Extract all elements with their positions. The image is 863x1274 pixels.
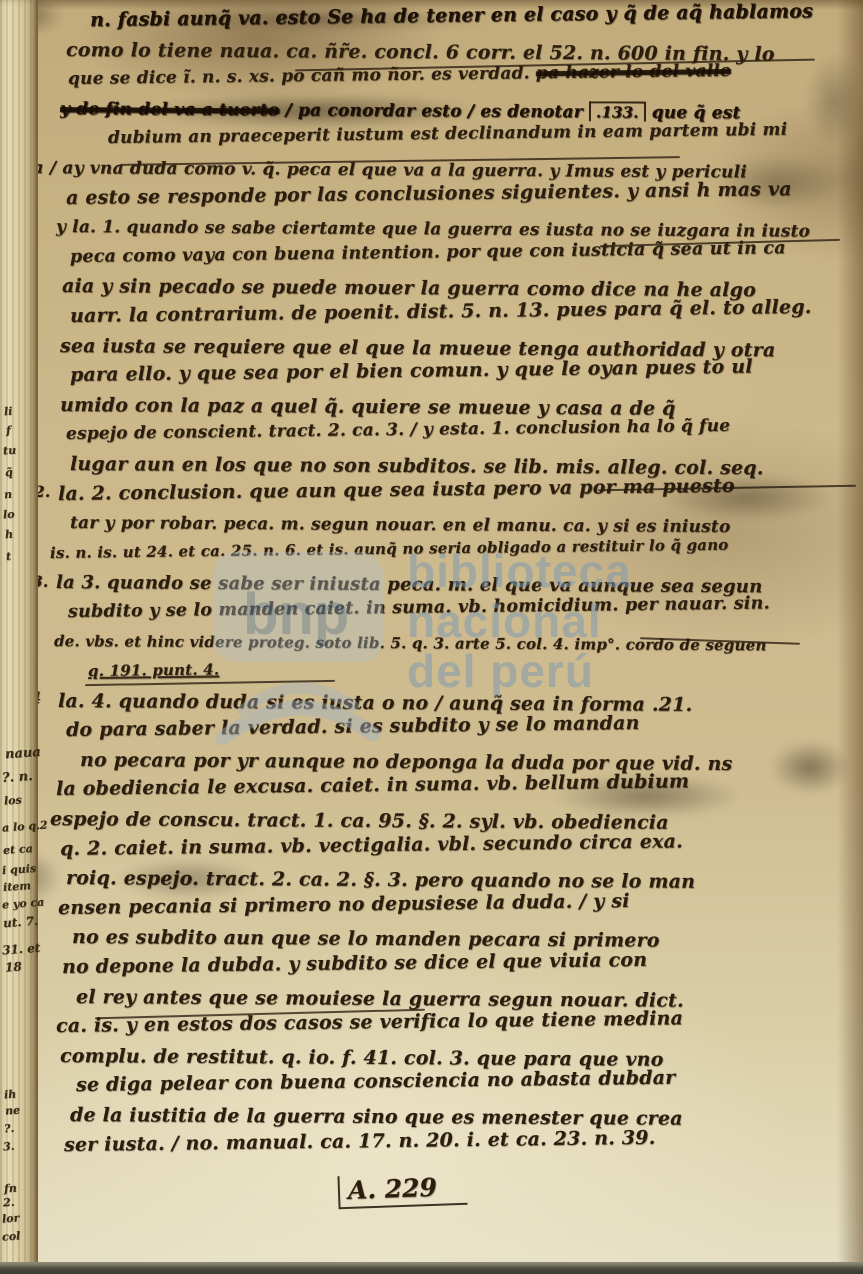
gutter-note: 31. et	[2, 941, 41, 958]
gutter-note: naua	[5, 745, 42, 762]
line-text: se diga pelear con buena consciencia no …	[76, 1067, 676, 1096]
manuscript-page-scan: n. fasbi aunq̃ va. esto Se ha de tener e…	[0, 0, 863, 1274]
gutter-note: h	[5, 528, 14, 542]
line-text: para ello. y que sea por el bien comun. …	[70, 356, 753, 386]
folio-number: A. 229	[337, 1172, 467, 1209]
ink-blotch	[90, 2, 570, 36]
gutter-note: ne	[5, 1103, 21, 1117]
gutter-note: ?.	[4, 1122, 15, 1136]
line-text: espejo de conscient. tract. 2. ca. 3. / …	[66, 416, 730, 444]
gutter-note: q̃	[5, 466, 14, 480]
ink-blotch	[515, 765, 780, 827]
gutter-note: lor	[2, 1211, 20, 1225]
line-text: ca. is. y en estos dos casos se verifica…	[56, 1008, 683, 1038]
gutter-note: los	[4, 793, 23, 807]
gutter-note: 2.	[3, 1196, 15, 1210]
gutter-note: i quis	[2, 862, 37, 877]
strikethrough-text: pa hazer lo del valle	[536, 61, 731, 83]
gutter-note: n	[4, 488, 13, 502]
gutter-note: ut. 7.	[3, 914, 39, 930]
gutter-note: f	[6, 424, 12, 437]
book-gutter	[0, 0, 38, 1274]
gutter-note: 3.	[3, 1140, 15, 1154]
gutter-note: lo	[3, 508, 15, 522]
gutter-note: tu	[3, 444, 17, 458]
gutter-note: ?. n.	[2, 769, 34, 786]
ink-blotch	[630, 465, 863, 530]
line-text: a esto se responde por las conclusiones …	[66, 178, 792, 209]
gutter-note: col	[2, 1229, 21, 1243]
ink-blotch	[85, 850, 290, 908]
gutter-note: fn	[4, 1182, 18, 1196]
line-text: do para saber la verdad. si es subdito y…	[66, 712, 640, 741]
gutter-note: item	[3, 879, 32, 894]
line-text: q. 191. punt. 4.	[88, 660, 219, 680]
line-text: uarr. la contrarium. de poenit. dist. 5.…	[70, 296, 812, 327]
ink-blotch	[78, 86, 548, 136]
line-text: ser iusta. / no. manual. ca. 17. n. 20. …	[64, 1126, 656, 1155]
line-text: peca como vaya con buena intention. por …	[70, 238, 786, 267]
gutter-note: t	[6, 550, 12, 563]
gutter-note: li	[4, 405, 13, 419]
gutter-note: et ca	[3, 842, 34, 857]
gutter-note: 18	[5, 959, 23, 974]
scan-bed-edge	[0, 1262, 863, 1274]
line-text: subdito y se lo manden caiet. in suma. v…	[68, 593, 770, 622]
gutter-note: ih	[4, 1088, 17, 1102]
line-text: is. n. is. ut 24. et ca. 25. n. 6. et is…	[50, 535, 729, 561]
line-text: no depone la dubda. y subdito se dice el…	[62, 949, 648, 978]
